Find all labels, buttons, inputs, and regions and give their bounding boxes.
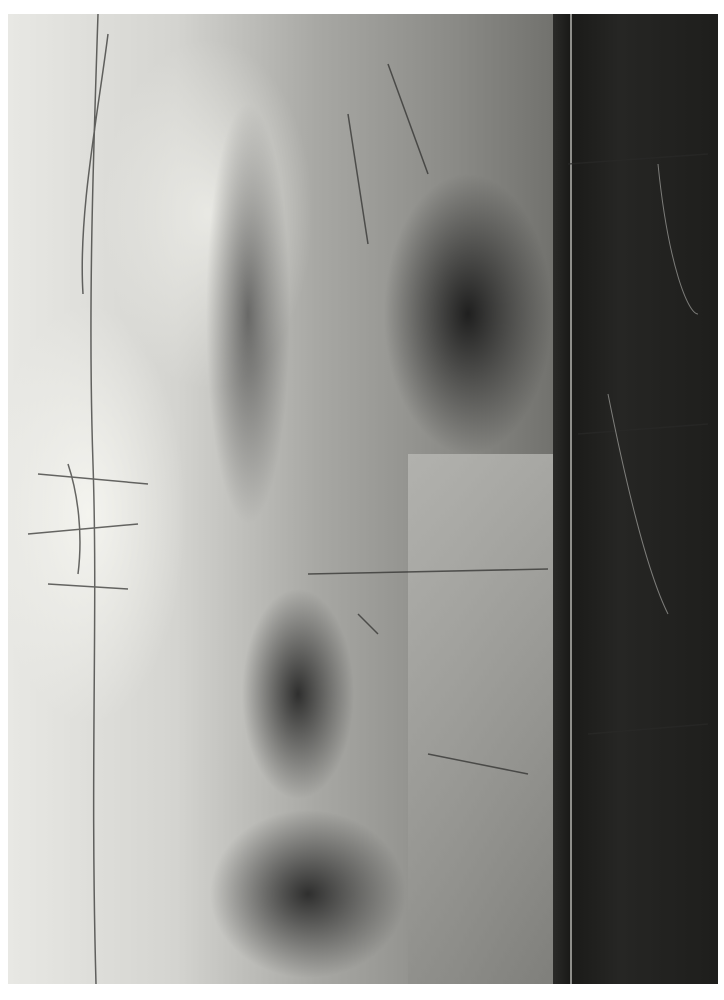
photograph [8, 14, 718, 984]
crack-texture [8, 14, 718, 984]
